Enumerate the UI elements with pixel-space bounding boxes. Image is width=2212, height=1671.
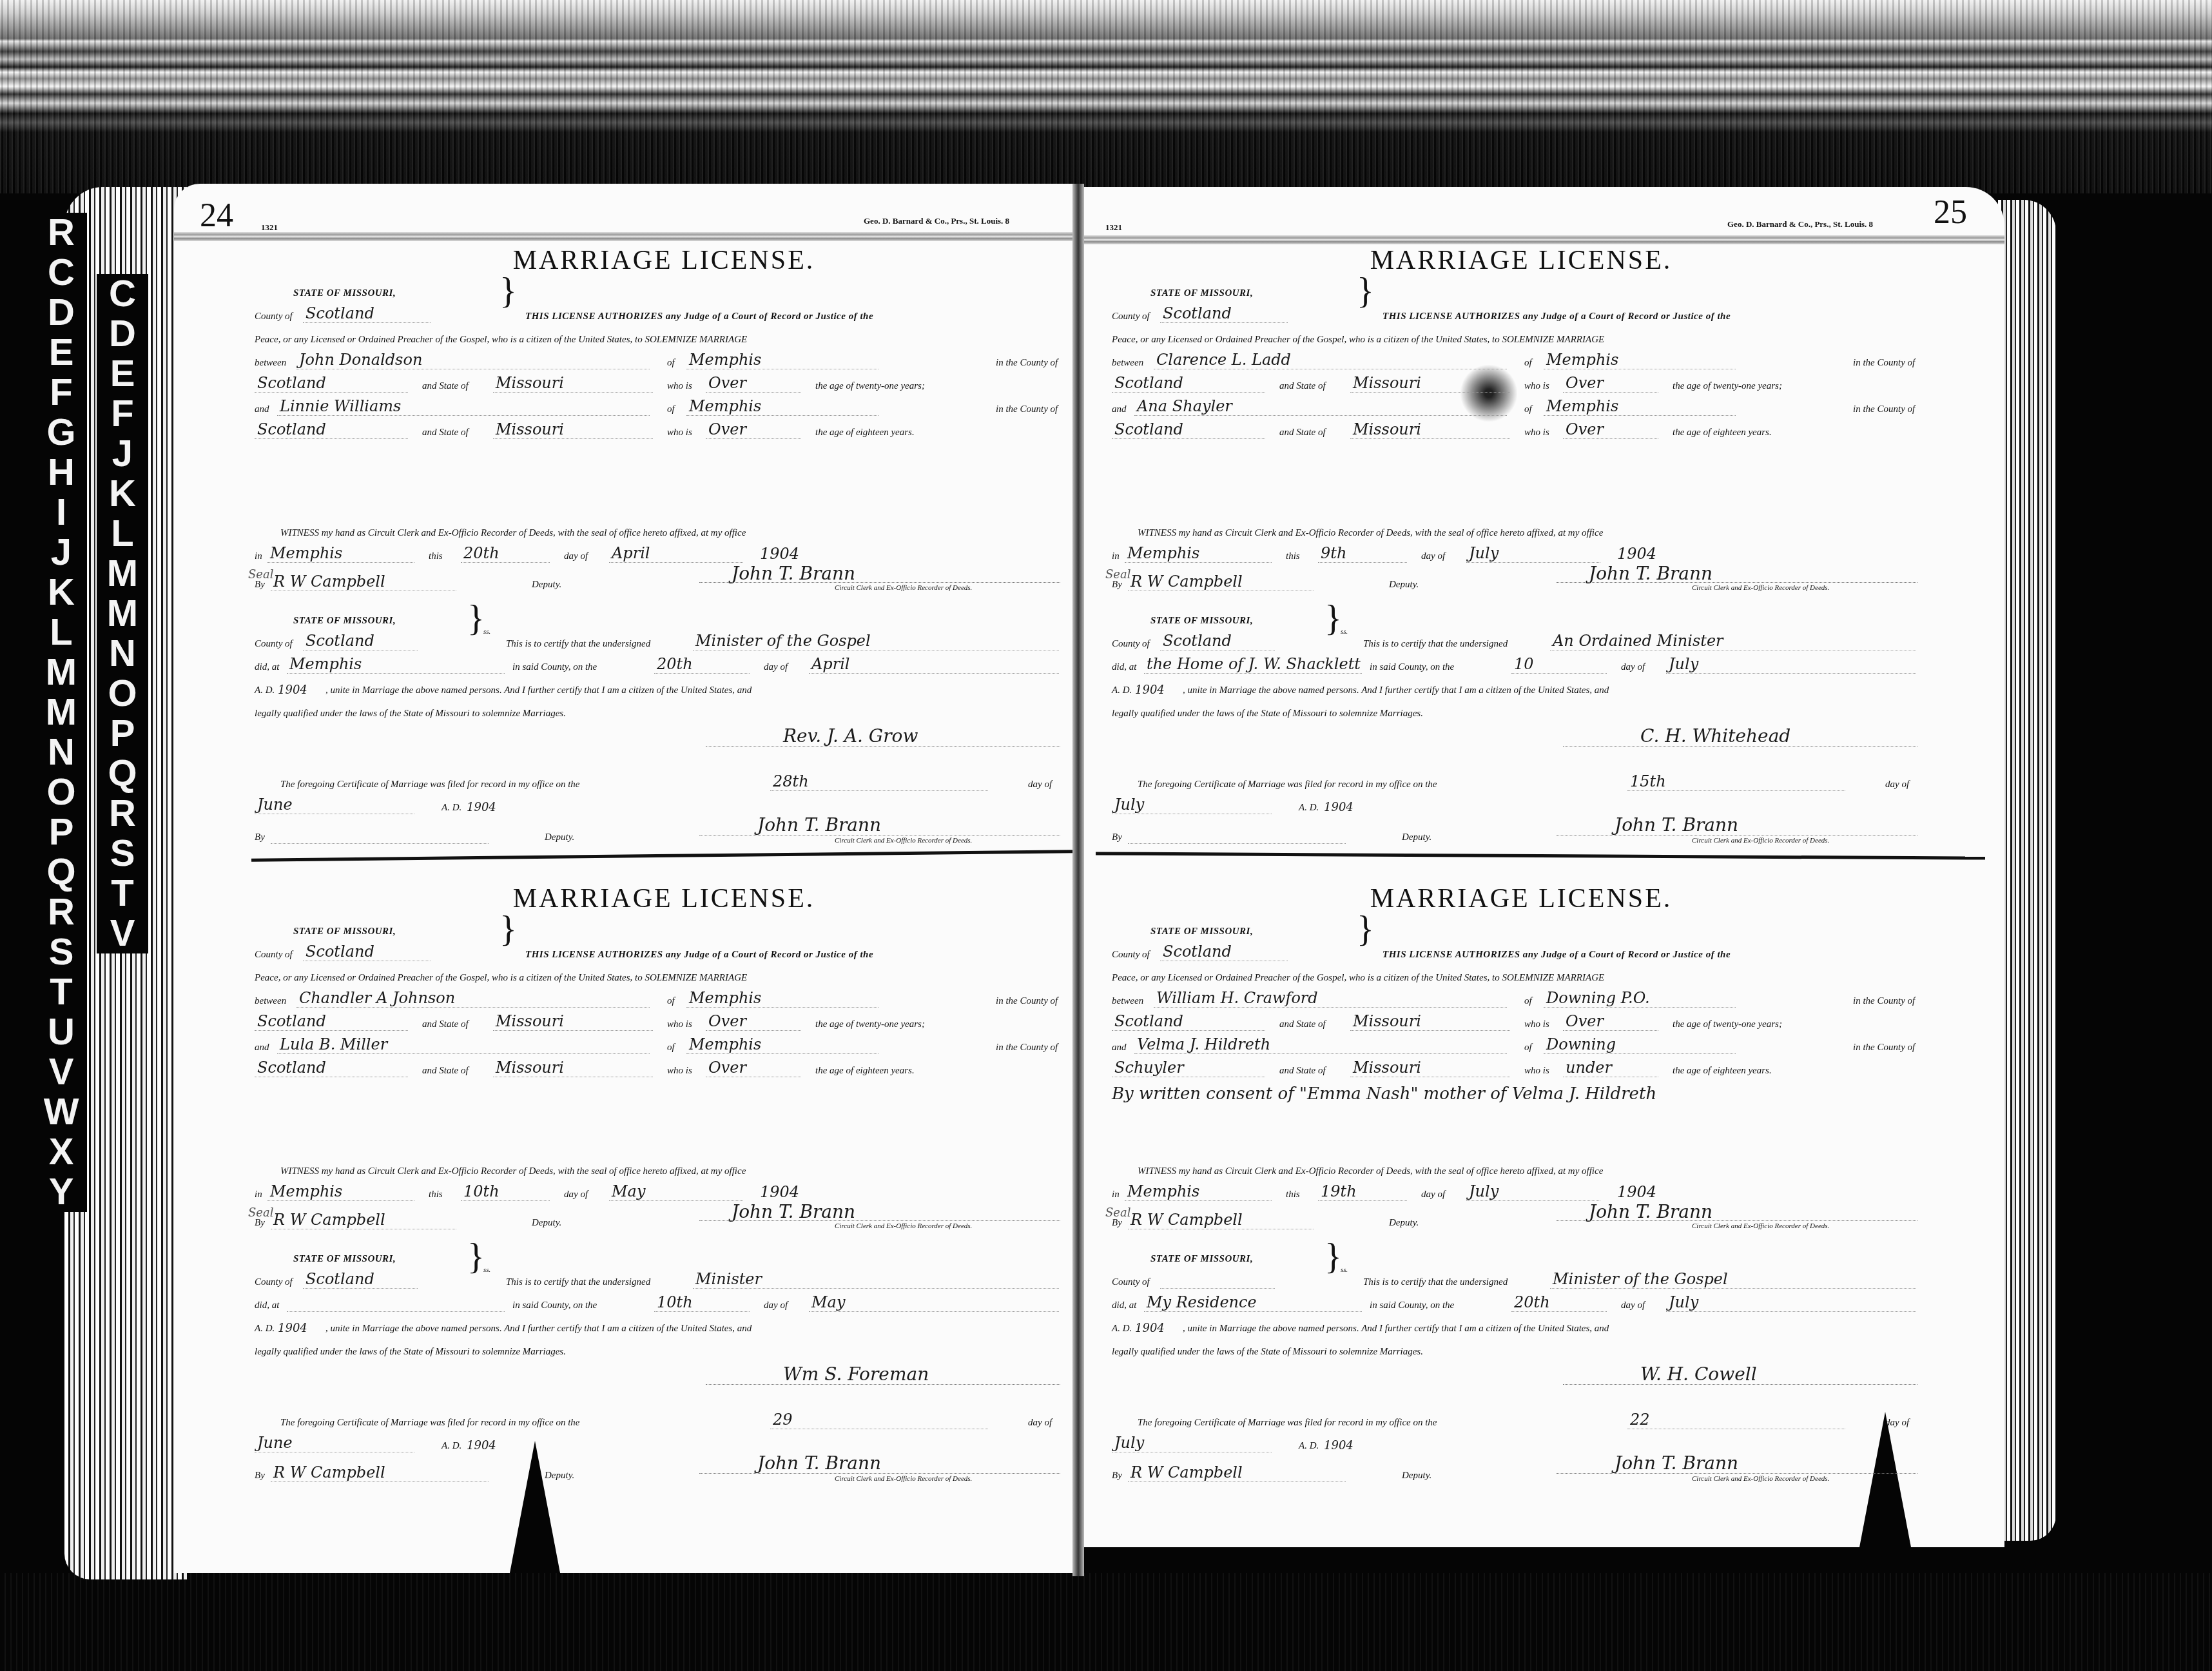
filed-year: 1904 <box>464 801 527 814</box>
by-label: By <box>255 832 265 843</box>
ad-label: A. D. <box>255 1324 275 1334</box>
filed-month: July <box>1112 1434 1272 1452</box>
in-label: in <box>255 1189 262 1200</box>
day-of-label: day of <box>1421 1189 1445 1200</box>
form-number: 1321 <box>1105 222 1122 233</box>
ceremony-place: Memphis <box>287 655 505 674</box>
by-label: By <box>255 1218 265 1229</box>
deputy-name: R W Campbell <box>271 572 456 591</box>
index-tab-letter[interactable]: S <box>110 834 135 874</box>
witness-place: Memphis <box>1125 1182 1272 1201</box>
filing-clerk-signature-line <box>1557 835 1917 835</box>
header-rule <box>174 232 1073 241</box>
bride-county: Schuyler <box>1112 1059 1265 1077</box>
by-label: By <box>255 580 265 591</box>
groom-county: Scotland <box>255 374 408 393</box>
day-of-label: day of <box>564 1189 588 1200</box>
bride-state: Missouri <box>493 1059 653 1077</box>
clerk-signature: John T. Brann <box>1589 563 1712 584</box>
witness-text: WITNESS my hand as Circuit Clerk and Ex-… <box>1138 1166 1603 1177</box>
index-tab-letter[interactable]: O <box>108 674 137 714</box>
this-label: this <box>1286 1189 1300 1200</box>
filing-clerk-signature: John T. Brann <box>757 814 881 835</box>
county-label: County of <box>1112 639 1150 650</box>
of-label: of <box>667 996 675 1007</box>
alphabet-index-tabs: RCDEFGHIJKLMMNOPQRSTUVWXY CDEFJKLMMNOPQR… <box>35 213 158 1457</box>
clerk-caption: Circuit Clerk and Ex-Officio Recorder of… <box>1692 1475 1829 1483</box>
foregoing-text: The foregoing Certificate of Marriage wa… <box>1138 779 1437 790</box>
by-label: By <box>1112 580 1122 591</box>
filed-day: 29 <box>770 1411 988 1429</box>
ceremony-day: 10 <box>1511 655 1607 674</box>
clerk-signature: John T. Brann <box>732 1201 855 1222</box>
index-tab-letter[interactable]: K <box>109 474 136 514</box>
and-label: and <box>1112 1042 1127 1053</box>
who-is-label: who is <box>667 1019 692 1030</box>
deputy-label: Deputy. <box>532 1218 561 1229</box>
age-21-text: the age of twenty-one years; <box>815 381 925 392</box>
county-label: County of <box>1112 1277 1150 1288</box>
state-of-label: and State of <box>1279 427 1326 438</box>
filed-year: 1904 <box>464 1439 527 1452</box>
filing-deputy <box>1128 843 1346 844</box>
groom-name: Clarence L. Ladd <box>1154 351 1507 369</box>
age-18-text: the age of eighteen years. <box>815 1066 915 1077</box>
witness-day: 10th <box>461 1182 550 1201</box>
witness-text: WITNESS my hand as Circuit Clerk and Ex-… <box>280 528 746 539</box>
officiant-signature: Wm S. Foreman <box>783 1363 929 1385</box>
county-of-label: in the County of <box>1853 404 1915 415</box>
clerk-caption: Circuit Clerk and Ex-Officio Recorder of… <box>1692 584 1829 592</box>
of-label: of <box>667 404 675 415</box>
index-tab-letter[interactable]: F <box>111 394 133 434</box>
index-tab-letter[interactable]: Q <box>46 852 75 892</box>
parental-consent-note: By written consent of "Emma Nash" mother… <box>1112 1084 1656 1104</box>
age-21-text: the age of twenty-one years; <box>815 1019 925 1030</box>
groom-county: Scotland <box>1112 1012 1265 1031</box>
certify-text: This is to certify that the undersigned <box>506 639 650 650</box>
bride-county: Scotland <box>255 1059 408 1077</box>
index-tab-letter[interactable]: S <box>49 932 74 972</box>
age-18-text: the age of eighteen years. <box>815 427 915 438</box>
bride-state: Missouri <box>1350 420 1510 439</box>
clerk-caption: Circuit Clerk and Ex-Officio Recorder of… <box>835 1475 972 1483</box>
county-value: Scotland <box>303 304 431 323</box>
officiant-signature-line <box>1563 746 1917 747</box>
legally-text: legally qualified under the laws of the … <box>1112 1347 1423 1358</box>
index-tab-letter[interactable]: X <box>49 1132 74 1172</box>
did-at-label: did, at <box>255 1300 279 1311</box>
in-label: in <box>1112 1189 1120 1200</box>
officiant-title: Minister of the Gospel <box>693 632 1059 650</box>
foregoing-text: The foregoing Certificate of Marriage wa… <box>1138 1418 1437 1429</box>
index-tab-letter[interactable]: E <box>49 333 74 373</box>
said-county-label: in said County, on the <box>1370 1300 1454 1311</box>
cert-county: Scotland <box>303 632 418 650</box>
printer-imprint: Geo. D. Barnard & Co., Prs., St. Louis. … <box>864 216 1009 226</box>
witness-year: 1904 <box>757 1183 833 1201</box>
county-label: County of <box>1112 311 1150 322</box>
filing-deputy: R W Campbell <box>271 1463 489 1482</box>
index-tabs-inner: CDEFJKLMMNOPQRSTV <box>97 274 148 953</box>
state-of-label: and State of <box>422 427 469 438</box>
groom-county: Scotland <box>255 1012 408 1031</box>
index-tab-letter[interactable]: R <box>48 213 75 253</box>
state-label: STATE OF MISSOURI, <box>1150 926 1253 937</box>
ceremony-place: the Home of J. W. Shacklett <box>1144 655 1362 674</box>
ceremony-place <box>287 1311 505 1312</box>
index-tab-letter[interactable]: R <box>109 794 136 834</box>
index-tab-letter[interactable]: E <box>110 354 135 394</box>
between-label: between <box>255 996 286 1007</box>
and-label: and <box>255 1042 269 1053</box>
ceremony-year: 1904 <box>275 683 325 697</box>
groom-name: John Donaldson <box>296 351 650 369</box>
county-value: Scotland <box>1160 943 1288 961</box>
index-tab-letter[interactable]: T <box>111 874 133 914</box>
ceremony-month: May <box>809 1293 1059 1312</box>
index-tab-letter[interactable]: M <box>107 554 138 594</box>
witness-place: Memphis <box>267 1182 414 1201</box>
ad-label: A. D. <box>441 1441 461 1452</box>
ceremony-year: 1904 <box>1132 1322 1183 1335</box>
bride-town: Memphis <box>686 1035 878 1054</box>
did-at-label: did, at <box>1112 662 1136 673</box>
witness-month: April <box>609 544 743 563</box>
filing-clerk-signature-line <box>699 835 1060 835</box>
witness-text: WITNESS my hand as Circuit Clerk and Ex-… <box>280 1166 746 1177</box>
groom-age: Over <box>706 374 801 393</box>
deputy-name: R W Campbell <box>271 1211 456 1229</box>
index-tab-letter[interactable]: U <box>48 1012 75 1052</box>
bride-state: Missouri <box>493 420 653 439</box>
officiant-signature: C. H. Whitehead <box>1640 725 1790 747</box>
section-divider <box>1096 852 1985 859</box>
index-tab-letter[interactable]: V <box>110 914 135 953</box>
state-of-label: and State of <box>422 1066 469 1077</box>
clerk-signature-line <box>699 582 1060 583</box>
state-label: STATE OF MISSOURI, <box>1150 616 1253 627</box>
index-tab-letter[interactable]: D <box>48 293 75 333</box>
index-tab-letter[interactable]: R <box>48 892 75 932</box>
officiant-signature-line <box>1563 1384 1917 1385</box>
bride-name: Lula B. Miller <box>277 1035 650 1054</box>
ceremony-month: July <box>1666 1293 1916 1312</box>
this-label: this <box>1286 551 1300 562</box>
groom-name: Chandler A Johnson <box>296 989 650 1008</box>
index-tab-letter[interactable]: C <box>48 253 75 293</box>
witness-month: July <box>1466 544 1600 563</box>
who-is-label: who is <box>1524 427 1549 438</box>
witness-month: May <box>609 1182 743 1201</box>
index-tab-letter[interactable]: I <box>56 493 66 533</box>
deputy-label: Deputy. <box>1389 580 1419 591</box>
clerk-signature-line <box>1557 582 1917 583</box>
said-county-label: in said County, on the <box>512 1300 597 1311</box>
authorizes-text: THIS LICENSE AUTHORIZES any Judge of a C… <box>525 950 873 961</box>
witness-month: July <box>1466 1182 1600 1201</box>
groom-age: Over <box>1563 1012 1658 1031</box>
of-label: of <box>667 1042 675 1053</box>
ceremony-place: My Residence <box>1144 1293 1362 1312</box>
authorizes-text: THIS LICENSE AUTHORIZES any Judge of a C… <box>1382 311 1731 322</box>
of-label: of <box>1524 358 1532 369</box>
bride-state: Missouri <box>1350 1059 1510 1077</box>
printer-mark: 8 <box>1005 216 1010 226</box>
who-is-label: who is <box>667 1066 692 1077</box>
witness-day: 9th <box>1318 544 1407 563</box>
filed-month: July <box>1112 796 1272 814</box>
witness-place: Memphis <box>1125 544 1272 563</box>
officiant-signature: Rev. J. A. Grow <box>783 725 918 747</box>
index-tab-letter[interactable]: M <box>46 692 77 732</box>
unite-text: , unite in Marriage the above named pers… <box>325 685 752 696</box>
said-county-label: in said County, on the <box>1370 662 1454 673</box>
marriage-license-record-1: MARRIAGE LICENSE. STATE OF MISSOURI, } C… <box>255 245 1073 846</box>
day-of-label: day of <box>1621 1300 1645 1311</box>
license-title: MARRIAGE LICENSE. <box>1112 245 1930 276</box>
section-divider <box>251 850 1073 861</box>
index-tab-letter[interactable]: J <box>112 434 133 474</box>
county-label: County of <box>255 950 293 961</box>
index-tabs-outer: RCDEFGHIJKLMMNOPQRSTUVWXY <box>35 213 87 1212</box>
filed-day: 28th <box>770 772 988 791</box>
ceremony-day: 10th <box>654 1293 750 1312</box>
license-title: MARRIAGE LICENSE. <box>255 883 1073 914</box>
state-label: STATE OF MISSOURI, <box>1150 1254 1253 1265</box>
legally-text: legally qualified under the laws of the … <box>1112 708 1423 719</box>
by-label: By <box>1112 1471 1122 1481</box>
license-title: MARRIAGE LICENSE. <box>255 245 1073 276</box>
unite-text: , unite in Marriage the above named pers… <box>1183 685 1609 696</box>
bride-name: Velma J. Hildreth <box>1134 1035 1507 1054</box>
officiant-title: An Ordained Minister <box>1550 632 1916 650</box>
index-tab-letter[interactable]: N <box>109 634 136 674</box>
clerk-caption: Circuit Clerk and Ex-Officio Recorder of… <box>835 1222 972 1230</box>
groom-name: William H. Crawford <box>1154 989 1507 1008</box>
ceremony-month: April <box>809 655 1059 674</box>
of-label: of <box>667 358 675 369</box>
who-is-label: who is <box>667 381 692 392</box>
ad-label: A. D. <box>1299 1441 1319 1452</box>
scan-background-bottom <box>0 1573 2212 1671</box>
legally-text: legally qualified under the laws of the … <box>255 1347 566 1358</box>
groom-town: Memphis <box>686 989 878 1008</box>
county-of-label: in the County of <box>996 1042 1058 1053</box>
deputy-label: Deputy. <box>545 832 574 843</box>
filed-month: June <box>255 1434 414 1452</box>
county-of-label: in the County of <box>1853 1042 1915 1053</box>
between-label: between <box>1112 996 1143 1007</box>
unite-text: , unite in Marriage the above named pers… <box>325 1324 752 1334</box>
authorizes-text: THIS LICENSE AUTHORIZES any Judge of a C… <box>1382 950 1731 961</box>
license-title: MARRIAGE LICENSE. <box>1112 883 1930 914</box>
filing-clerk-signature-line <box>1557 1473 1917 1474</box>
by-label: By <box>1112 832 1122 843</box>
in-label: in <box>1112 551 1120 562</box>
cert-county: Scotland <box>1160 632 1275 650</box>
day-of-label: day of <box>564 551 588 562</box>
filing-clerk-signature: John T. Brann <box>757 1452 881 1474</box>
state-label: STATE OF MISSOURI, <box>293 288 396 299</box>
filed-month: June <box>255 796 414 814</box>
state-label: STATE OF MISSOURI, <box>293 1254 396 1265</box>
groom-state: Missouri <box>493 1012 653 1031</box>
index-tab-letter[interactable]: H <box>48 453 75 493</box>
filing-clerk-signature-line <box>699 1473 1060 1474</box>
header-rule <box>1083 235 2004 244</box>
filing-deputy <box>271 843 489 844</box>
index-tab-letter[interactable]: M <box>46 652 77 692</box>
day-of-label: day of <box>1885 779 1909 790</box>
officiant-signature: W. H. Cowell <box>1640 1363 1757 1385</box>
index-tab-letter[interactable]: M <box>107 594 138 634</box>
day-of-label: day of <box>1621 662 1645 673</box>
bride-town: Memphis <box>1544 397 1736 416</box>
filing-clerk-signature: John T. Brann <box>1615 814 1738 835</box>
index-tab-letter[interactable]: K <box>48 572 75 612</box>
deputy-label: Deputy. <box>1402 832 1431 843</box>
page-number: 24 <box>200 197 233 235</box>
printer-text: Geo. D. Barnard & Co., Prs., St. Louis. <box>1727 219 1867 229</box>
officiant-title: Minister <box>693 1270 1059 1289</box>
index-tab-letter[interactable]: F <box>50 373 72 413</box>
did-at-label: did, at <box>255 662 279 673</box>
clerk-caption: Circuit Clerk and Ex-Officio Recorder of… <box>835 584 972 592</box>
ad-label: A. D. <box>1112 685 1132 696</box>
bride-name: Linnie Williams <box>277 397 650 416</box>
certify-text: This is to certify that the undersigned <box>506 1277 650 1288</box>
index-tab-letter[interactable]: P <box>110 714 135 754</box>
county-of-label: in the County of <box>1853 358 1915 369</box>
bride-county: Scotland <box>255 420 408 439</box>
this-label: this <box>429 1189 443 1200</box>
index-tab-letter[interactable]: L <box>111 514 133 554</box>
groom-town: Memphis <box>1544 351 1736 369</box>
ceremony-day: 20th <box>1511 1293 1607 1312</box>
who-is-label: who is <box>1524 381 1549 392</box>
groom-county: Scotland <box>1112 374 1265 393</box>
county-value: Scotland <box>1160 304 1288 323</box>
and-label: and <box>255 404 269 415</box>
day-of-label: day of <box>764 662 788 673</box>
witness-text: WITNESS my hand as Circuit Clerk and Ex-… <box>1138 528 1603 539</box>
deputy-name: R W Campbell <box>1128 1211 1314 1229</box>
officiant-signature-line <box>706 746 1060 747</box>
filed-year: 1904 <box>1321 1439 1384 1452</box>
index-tab-letter[interactable]: W <box>44 1092 79 1132</box>
filing-clerk-signature: John T. Brann <box>1615 1452 1738 1474</box>
marriage-license-record-3: MARRIAGE LICENSE. STATE OF MISSOURI, } C… <box>255 883 1073 1484</box>
did-at-label: did, at <box>1112 1300 1136 1311</box>
page-edges-right <box>1998 200 2056 1541</box>
peace-text: Peace, or any Licensed or Ordained Preac… <box>1112 973 1604 984</box>
bride-age: Over <box>1563 420 1658 439</box>
peace-text: Peace, or any Licensed or Ordained Preac… <box>1112 335 1604 346</box>
said-county-label: in said County, on the <box>512 662 597 673</box>
witness-place: Memphis <box>267 544 414 563</box>
ceremony-day: 20th <box>654 655 750 674</box>
index-tab-letter[interactable]: P <box>49 812 74 852</box>
index-tab-letter[interactable]: C <box>109 274 136 314</box>
groom-state: Missouri <box>1350 1012 1510 1031</box>
bride-town: Memphis <box>686 397 878 416</box>
day-of-label: day of <box>764 1300 788 1311</box>
who-is-label: who is <box>1524 1019 1549 1030</box>
deputy-label: Deputy. <box>1389 1218 1419 1229</box>
county-label: County of <box>255 1277 293 1288</box>
clerk-signature: John T. Brann <box>1589 1201 1712 1222</box>
printer-mark: 8 <box>1869 219 1874 229</box>
peace-text: Peace, or any Licensed or Ordained Preac… <box>255 335 747 346</box>
certify-text: This is to certify that the undersigned <box>1363 1277 1508 1288</box>
county-label: County of <box>1112 950 1150 961</box>
ad-label: A. D. <box>441 803 461 814</box>
scan-background-band <box>0 0 2212 193</box>
groom-age: Over <box>1563 374 1658 393</box>
index-tab-letter[interactable]: T <box>50 972 72 1012</box>
cert-county: Scotland <box>303 1270 418 1289</box>
index-tab-letter[interactable]: L <box>50 612 72 652</box>
certify-text: This is to certify that the undersigned <box>1363 639 1508 650</box>
bride-age: under <box>1563 1059 1658 1077</box>
witness-day: 19th <box>1318 1182 1407 1201</box>
who-is-label: who is <box>667 427 692 438</box>
groom-state: Missouri <box>493 374 653 393</box>
age-18-text: the age of eighteen years. <box>1673 427 1772 438</box>
state-of-label: and State of <box>1279 1019 1326 1030</box>
state-of-label: and State of <box>422 1019 469 1030</box>
county-of-label: in the County of <box>996 404 1058 415</box>
index-tab-letter[interactable]: D <box>109 314 136 354</box>
age-18-text: the age of eighteen years. <box>1673 1066 1772 1077</box>
age-21-text: the age of twenty-one years; <box>1673 1019 1782 1030</box>
index-tab-letter[interactable]: Q <box>108 754 137 794</box>
in-label: in <box>255 551 262 562</box>
and-label: and <box>1112 404 1127 415</box>
index-tab-letter[interactable]: V <box>49 1052 74 1092</box>
of-label: of <box>1524 996 1532 1007</box>
state-label: STATE OF MISSOURI, <box>293 616 396 627</box>
peace-text: Peace, or any Licensed or Ordained Preac… <box>255 973 747 984</box>
index-tab-letter[interactable]: G <box>46 413 75 453</box>
officiant-signature-line <box>706 1384 1060 1385</box>
who-is-label: who is <box>1524 1066 1549 1077</box>
clerk-caption: Circuit Clerk and Ex-Officio Recorder of… <box>835 837 972 845</box>
witness-year: 1904 <box>1615 1183 1691 1201</box>
groom-state: Missouri <box>1350 374 1510 393</box>
legally-text: legally qualified under the laws of the … <box>255 708 566 719</box>
state-label: STATE OF MISSOURI, <box>293 926 396 937</box>
witness-year: 1904 <box>757 545 833 563</box>
bride-name: Ana Shayler <box>1134 397 1507 416</box>
index-tab-letter[interactable]: J <box>51 533 72 572</box>
bride-county: Scotland <box>1112 420 1265 439</box>
index-tab-letter[interactable]: O <box>46 772 75 812</box>
groom-town: Memphis <box>686 351 878 369</box>
day-of-label: day of <box>1421 551 1445 562</box>
index-tab-letter[interactable]: N <box>48 732 75 772</box>
index-tab-letter[interactable]: Y <box>49 1172 74 1212</box>
authorizes-text: THIS LICENSE AUTHORIZES any Judge of a C… <box>525 311 873 322</box>
cert-county <box>1160 1288 1275 1289</box>
ad-label: A. D. <box>1299 803 1319 814</box>
county-of-label: in the County of <box>996 358 1058 369</box>
page-number: 25 <box>1934 193 1967 231</box>
filed-year: 1904 <box>1321 801 1384 814</box>
unite-text: , unite in Marriage the above named pers… <box>1183 1324 1609 1334</box>
clerk-signature-line <box>1557 1220 1917 1221</box>
